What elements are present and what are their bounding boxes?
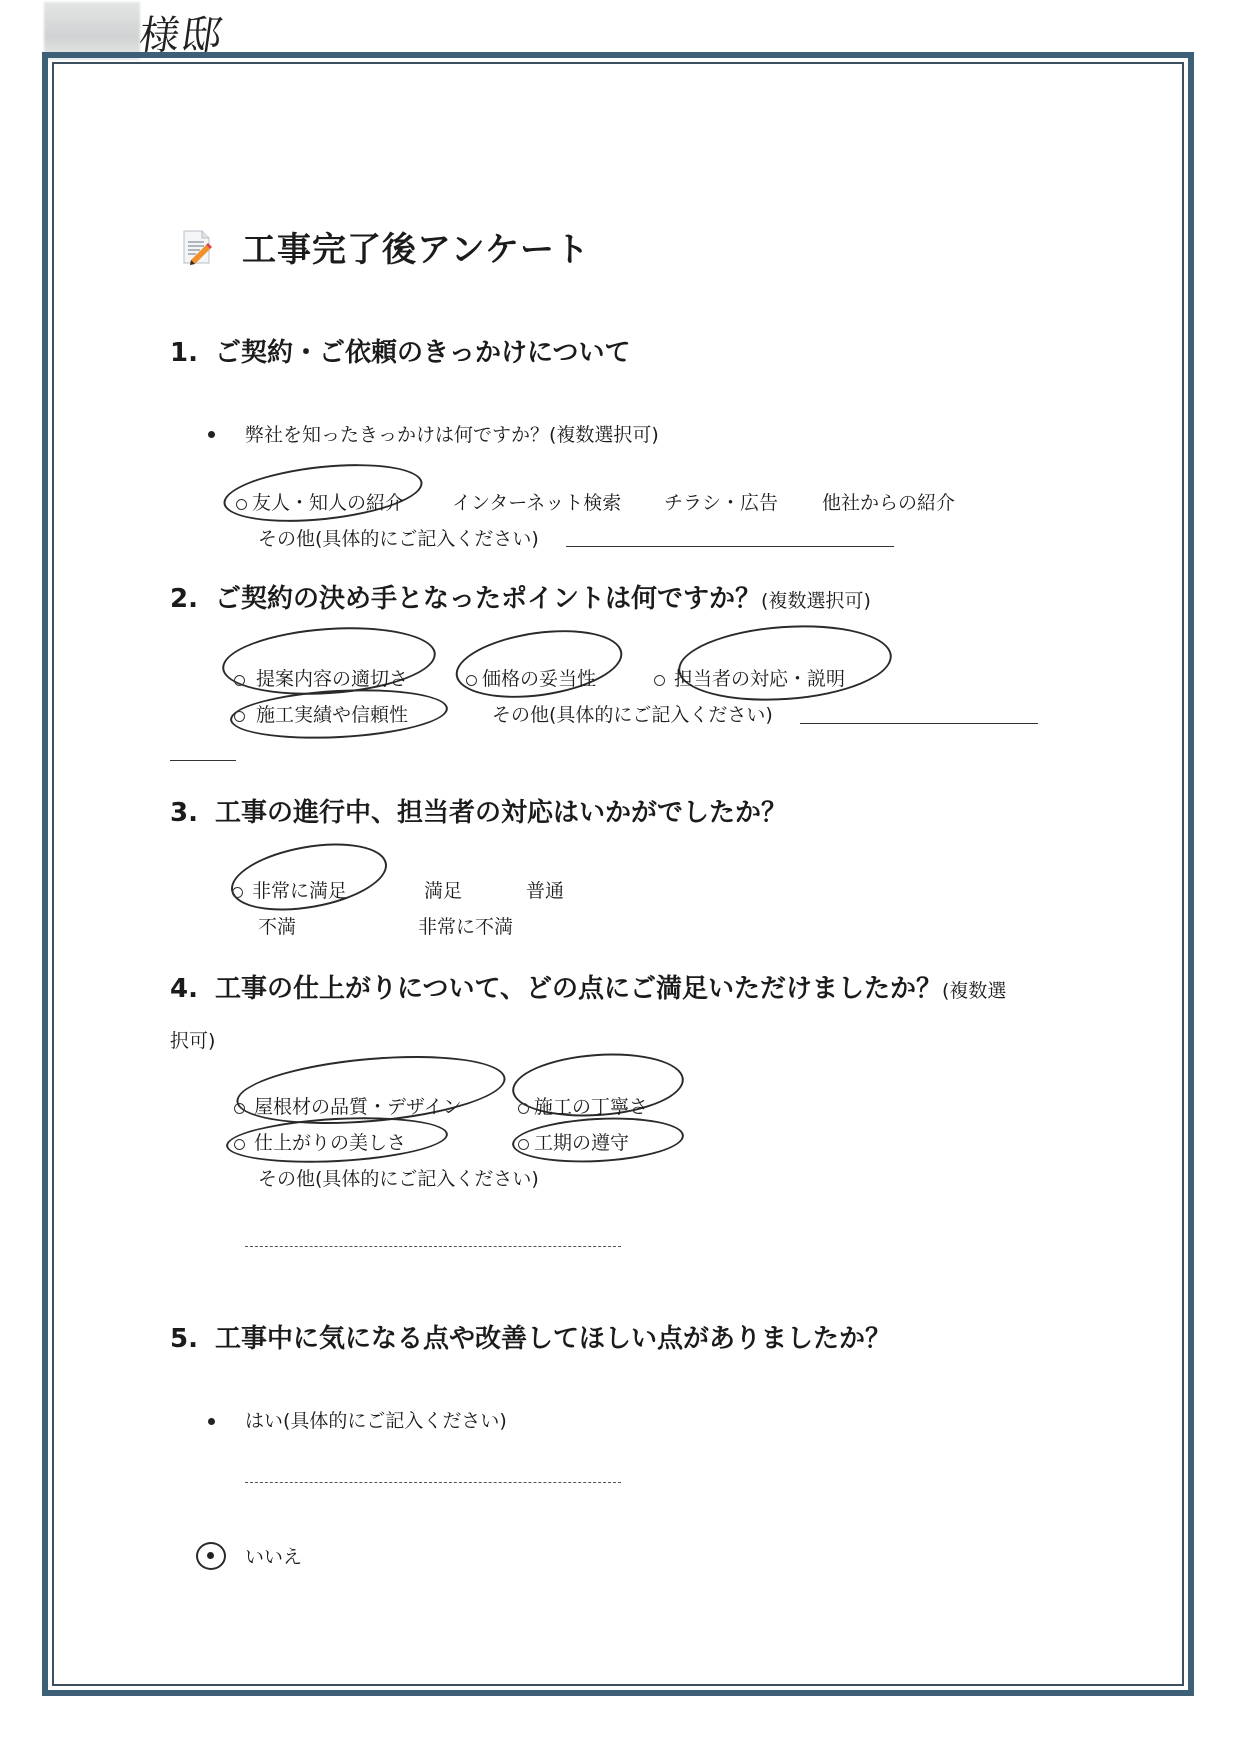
q3-option-dissatisfied[interactable]: 不満 xyxy=(258,912,296,939)
question-number: 5. xyxy=(170,1324,198,1354)
title-row: 工事完了後アンケート xyxy=(182,222,590,271)
radio-circle-icon xyxy=(234,675,245,686)
question-text: 工事の進行中、担当者の対応はいかがでしたか？ xyxy=(215,798,787,828)
radio-circle-icon xyxy=(518,1139,529,1150)
option-label: 施工実績や信頼性 xyxy=(256,704,408,726)
q2-other-input-continued xyxy=(170,760,236,761)
question-text: 工事の仕上がりについて、どの点にご満足いただけましたか？ xyxy=(215,974,942,1004)
radio-circle-icon xyxy=(234,1139,245,1150)
question-text: 工事中に気になる点や改善してほしい点がありましたか？ xyxy=(215,1324,891,1354)
q3-option-very-dissatisfied[interactable]: 非常に不満 xyxy=(418,912,513,939)
bullet-icon xyxy=(208,431,215,438)
q4-option-workmanship[interactable]: 施工の丁寧さ xyxy=(518,1092,648,1119)
q2-option-track-record[interactable]: 施工実績や信頼性 xyxy=(234,700,408,727)
q4-option-roof-material[interactable]: 屋根材の品質・デザイン xyxy=(234,1092,462,1119)
q2-option-proposal[interactable]: 提案内容の適切さ xyxy=(234,664,408,691)
option-label: 屋根材の品質・デザイン xyxy=(254,1096,462,1118)
q5-option-yes[interactable]: はい(具体的にご記入ください) xyxy=(245,1406,507,1433)
option-label: 担当者の対応・説明 xyxy=(674,668,845,690)
radio-circle-icon xyxy=(466,675,477,686)
question-3-heading: 3. 工事の進行中、担当者の対応はいかがでしたか？ xyxy=(170,792,787,829)
question-text: ご契約の決め手となったポイントは何ですか？ xyxy=(215,584,761,614)
q1-other-label: その他(具体的にご記入ください) xyxy=(258,524,539,551)
q3-option-satisfied[interactable]: 満足 xyxy=(424,876,462,903)
option-label: 価格の妥当性 xyxy=(482,668,596,690)
radio-circle-icon xyxy=(654,675,665,686)
q2-option-price[interactable]: 価格の妥当性 xyxy=(466,664,596,691)
radio-circle-icon xyxy=(518,1103,529,1114)
q4-other-input[interactable] xyxy=(245,1246,621,1247)
q1-option-friend-referral[interactable]: 友人・知人の紹介 xyxy=(236,488,404,515)
option-label: 仕上がりの美しさ xyxy=(254,1132,406,1154)
option-label: 提案内容の適切さ xyxy=(256,668,408,690)
q4-option-finish-beauty[interactable]: 仕上がりの美しさ xyxy=(234,1128,406,1155)
q4-option-schedule[interactable]: 工期の遵守 xyxy=(518,1128,629,1155)
bullet-icon xyxy=(208,1418,215,1425)
q4-other-label: その他(具体的にご記入ください) xyxy=(258,1164,539,1191)
selected-dot-icon xyxy=(207,1552,214,1559)
option-label: 友人・知人の紹介 xyxy=(252,492,404,514)
radio-circle-icon xyxy=(236,499,247,510)
option-label: 施工の丁寧さ xyxy=(534,1096,648,1118)
q3-option-very-satisfied[interactable]: 非常に満足 xyxy=(232,876,347,903)
question-5-heading: 5. 工事中に気になる点や改善してほしい点がありましたか？ xyxy=(170,1318,891,1355)
q1-other-input[interactable] xyxy=(566,546,894,547)
q2-other-label: その他(具体的にご記入ください) xyxy=(492,700,773,727)
q1-option-flyer-ad[interactable]: チラシ・広告 xyxy=(664,488,778,515)
page-frame-inner xyxy=(52,62,1184,1686)
question-number: 2. xyxy=(170,584,198,614)
q1-option-other-company[interactable]: 他社からの紹介 xyxy=(822,488,955,515)
question-number: 1. xyxy=(170,338,198,368)
q1-option-internet-search[interactable]: インターネット検索 xyxy=(452,488,621,515)
q5-yes-detail-input[interactable] xyxy=(245,1482,621,1483)
option-label: 非常に満足 xyxy=(252,880,347,902)
question-note: (複数選 xyxy=(942,980,1006,1002)
document-pencil-icon xyxy=(182,229,212,265)
q2-option-staff[interactable]: 担当者の対応・説明 xyxy=(654,664,845,691)
question-number: 3. xyxy=(170,798,198,828)
question-2-heading: 2. ご契約の決め手となったポイントは何ですか？(複数選択可) xyxy=(170,578,871,615)
question-1-heading: 1. ご契約・ご依頼のきっかけについて xyxy=(170,332,631,369)
q2-other-input[interactable] xyxy=(800,723,1038,724)
q5-option-no[interactable]: いいえ xyxy=(245,1542,302,1569)
q3-option-neutral[interactable]: 普通 xyxy=(526,876,564,903)
question-4-note-continued: 択可) xyxy=(170,1026,215,1053)
radio-circle-icon xyxy=(232,887,243,898)
question-text: ご契約・ご依頼のきっかけについて xyxy=(215,338,630,368)
radio-circle-icon xyxy=(234,711,245,722)
question-1-sub: 弊社を知ったきっかけは何ですか？(複数選択可) xyxy=(245,420,659,447)
page-title: 工事完了後アンケート xyxy=(242,222,590,271)
question-note: (複数選択可) xyxy=(761,590,871,612)
question-number: 4. xyxy=(170,974,198,1004)
radio-circle-icon xyxy=(234,1103,245,1114)
option-label: 工期の遵守 xyxy=(534,1132,629,1154)
question-4-heading: 4. 工事の仕上がりについて、どの点にご満足いただけましたか？(複数選 xyxy=(170,968,1006,1005)
